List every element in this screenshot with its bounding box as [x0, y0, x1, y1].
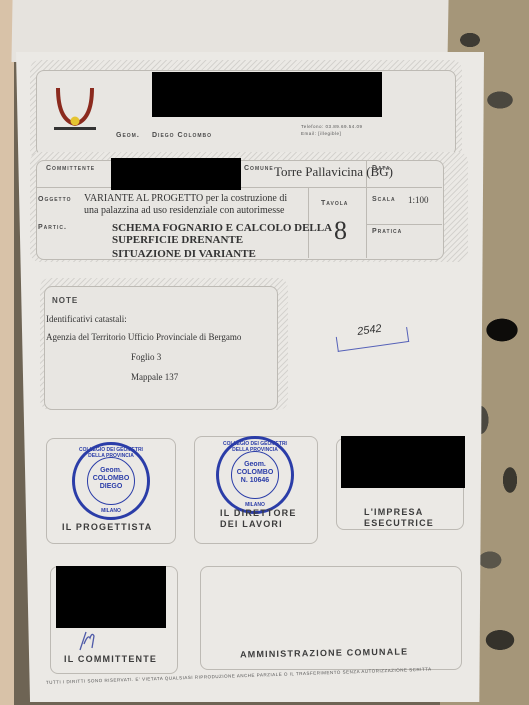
email-text: Email: [illegible] [301, 131, 341, 136]
redacted-client-name [111, 158, 241, 190]
impresa-label-2: ESECUTRICE [364, 518, 434, 528]
bowl-ball-logo-icon [52, 86, 98, 132]
note-box [44, 286, 278, 410]
stamp-line4: N. 10646 [232, 477, 278, 485]
redacted-studio-name [152, 72, 382, 117]
stamp-center: Geom. COLOMBO DIEGO [87, 457, 135, 505]
professional-stamp-2: COLLEGIO DEI GEOMETRI DELLA PROVINCIA Ge… [216, 436, 294, 514]
partic-line2: SUPERFICIE DRENANTE [112, 234, 243, 246]
partic-label: Partic. [38, 224, 67, 231]
stamp-line1: Geom. [232, 461, 278, 469]
table-edge [0, 0, 14, 705]
divider [366, 224, 442, 225]
note-line3: Foglio 3 [131, 352, 161, 362]
note-line4: Mappale 137 [131, 372, 178, 382]
stamp-line2: COLOMBO [88, 475, 134, 483]
tavola-label: Tavola [321, 200, 348, 207]
phone-text: Telefono: 03.89.69.54.09 [301, 124, 363, 129]
note-line2: Agenzia del Territorio Ufficio Provincia… [46, 332, 241, 342]
direttore-label-1: IL DIRETTORE [220, 508, 297, 518]
progettista-label: IL PROGETTISTA [62, 522, 152, 532]
note-line1: Identificativi catastali: [46, 314, 127, 324]
redacted-client-signature [56, 566, 166, 628]
note-label: NOTE [52, 296, 78, 305]
impresa-label-1: L'IMPRESA [364, 507, 423, 517]
comune-label: Comune [244, 165, 274, 172]
professional-stamp: COLLEGIO DEI GEOMETRI DELLA PROVINCIA Ge… [72, 442, 150, 520]
partic-line3: SITUAZIONE DI VARIANTE [112, 248, 256, 260]
stamp-line2: COLOMBO [232, 469, 278, 477]
partic-line1: SCHEMA FOGNARIO E CALCOLO DELLA [112, 222, 332, 234]
surveyor-name: Diego Colombo [152, 132, 212, 139]
oggetto-label: Oggetto [38, 196, 71, 203]
pratica-label: Pratica [372, 228, 402, 235]
stamp-line3: DIEGO [88, 483, 134, 491]
protocol-stamp: 2542 [335, 319, 410, 353]
scala-label: Scala [372, 196, 396, 203]
committente-signature-label: IL COMMITTENTE [64, 654, 157, 664]
scala-value: 1:100 [408, 195, 429, 205]
document-sheet: Geom. Diego Colombo Telefono: 03.89.69.5… [16, 52, 484, 702]
stamp-ring-bottom: MILANO [75, 508, 147, 514]
oggetto-line1: VARIANTE AL PROGETTO per la costruzione … [84, 193, 287, 204]
oggetto-line2: una palazzina ad uso residenziale con au… [84, 205, 284, 216]
tavola-value: 8 [334, 216, 347, 246]
stamp-line1: Geom. [88, 467, 134, 475]
title-prefix: Geom. [116, 132, 140, 139]
handwritten-signature [78, 628, 102, 657]
committente-label: Committente [46, 165, 95, 172]
direttore-label-2: DEI LAVORI [220, 519, 283, 529]
redacted-contractor [341, 436, 465, 488]
data-label: Data [372, 165, 391, 172]
stamp-center: Geom. COLOMBO N. 10646 [231, 451, 279, 499]
